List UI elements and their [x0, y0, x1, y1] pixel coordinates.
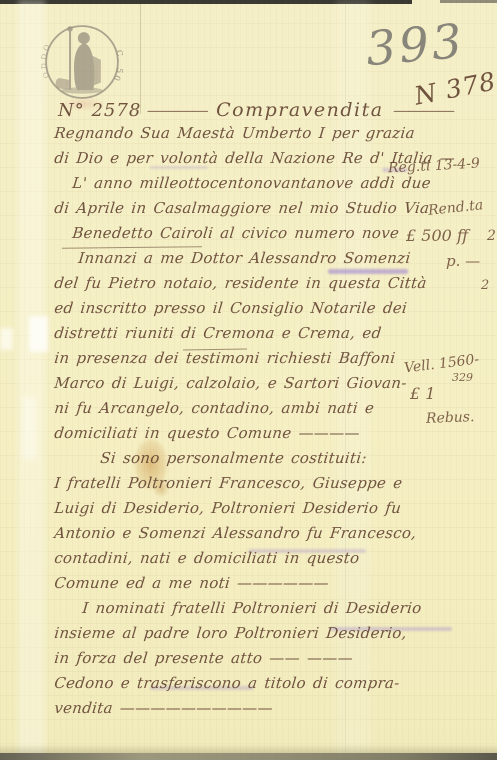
manuscript-line: I nominati fratelli Poltronieri di Desid…	[53, 599, 438, 624]
margin-note-fee-1: £ 1	[410, 384, 435, 403]
manuscript-line: ni fu Arcangelo, contadino, ambi nati e	[53, 399, 438, 424]
manuscript-line: Antonio e Somenzi Alessandro fu Francesc…	[53, 524, 438, 549]
margin-note-fee-500: £ 500 ff	[406, 226, 468, 245]
manuscript-line: domiciliati in questo Comune ————	[53, 424, 438, 449]
margin-note-volume-sub: 329	[452, 371, 473, 384]
manuscript-line: distretti riuniti di Cremona e Crema, ed	[53, 324, 438, 349]
stamp-arc-text: ODDO	[39, 41, 53, 80]
scan-edge-top-right	[440, 0, 497, 3]
manuscript-line: vendita ——————————	[53, 699, 438, 724]
header-dash: ————	[147, 101, 207, 121]
document-body: Regnando Sua Maestà Umberto I per grazia…	[54, 124, 436, 724]
act-title: Compravendita	[216, 99, 383, 121]
manuscript-line: Marco di Luigi, calzolaio, e Sartori Gio…	[53, 374, 438, 399]
scan-glare	[29, 316, 48, 352]
svg-text:ODDO: ODDO	[39, 41, 53, 80]
manuscript-line: Regnando Sua Maestà Umberto I per grazia	[53, 124, 438, 149]
manuscript-line: in presenza dei testimoni richiesti Baff…	[53, 349, 438, 374]
scanned-notarial-deed: C. 50. ODDO 393 N 378 N° 2578 ———— Compr…	[0, 0, 497, 760]
paper-crease	[140, 4, 141, 114]
allegorical-figure-icon	[56, 27, 102, 94]
manuscript-line: L' anno milleottocentonovantanove addì d…	[53, 174, 438, 199]
margin-note-fragment: 2	[481, 278, 489, 293]
manuscript-line: Benedetto Cairoli al civico numero nove	[53, 224, 438, 249]
scan-glare	[22, 396, 37, 460]
paper-fold-highlight	[18, 0, 45, 760]
revenue-stamp: C. 50. ODDO	[36, 16, 128, 108]
manuscript-line: Cedono e trasferiscono a titolo di compr…	[53, 674, 438, 699]
manuscript-line: in forza del presente atto —— ———	[53, 649, 438, 674]
manuscript-line: del fu Pietro notaio, residente in quest…	[53, 274, 438, 299]
act-header: N° 2578 ———— Compravendita ————	[58, 99, 453, 121]
manuscript-line: Comune ed a me noti ——————	[53, 574, 438, 599]
manuscript-line: di Dio e per volontà della Nazione Re d'…	[53, 149, 438, 174]
manuscript-line: ed inscritto presso il Consiglio Notaril…	[53, 299, 438, 324]
manuscript-line: contadini, nati e domiciliati in questo	[53, 549, 438, 574]
revenue-stamp-graphic: C. 50. ODDO	[36, 16, 128, 108]
scan-edge-bottom-fade	[0, 744, 497, 753]
manuscript-line: insieme al padre loro Poltronieri Deside…	[53, 624, 438, 649]
manuscript-line: di Aprile in Casalmaggiore nel mio Studi…	[53, 199, 438, 224]
stamp-denomination: C. 50.	[108, 49, 126, 89]
margin-note-signature: Rebus.	[426, 409, 475, 427]
manuscript-line: Si sono personalmente costituiti:	[53, 449, 438, 474]
scan-glare	[0, 328, 13, 350]
manuscript-line: Innanzi a me Dottor Alessandro Somenzi	[53, 249, 438, 274]
manuscript-line: Luigi di Desiderio, Poltronieri Desideri…	[53, 499, 438, 524]
act-number: N° 2578	[58, 100, 141, 121]
svg-text:C. 50.: C. 50.	[108, 49, 126, 89]
manuscript-line: I fratelli Poltronieri Francesco, Giusep…	[53, 474, 438, 499]
margin-note-fragment: 2	[487, 228, 496, 244]
scan-edge-bottom	[0, 753, 497, 760]
header-dash: ————	[393, 101, 453, 121]
pencil-folio-number: 393	[364, 14, 467, 77]
margin-note-registration: Reg.ti 13-4-9	[388, 156, 481, 177]
margin-note-per: p. —	[446, 252, 480, 270]
